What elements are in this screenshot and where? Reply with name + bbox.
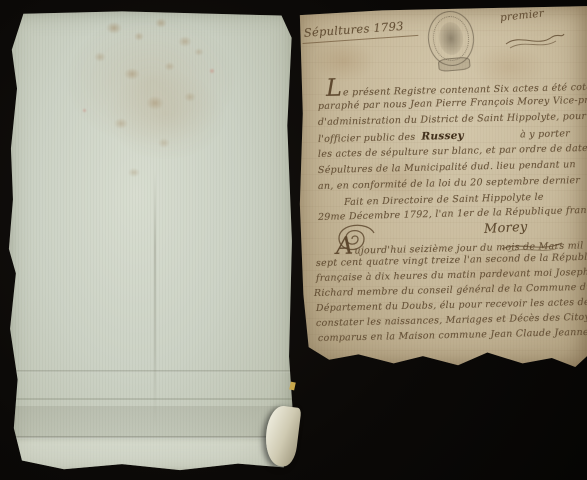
fold-line	[6, 370, 296, 373]
line-text: l'officier public des	[318, 132, 416, 145]
pen-flourish-icon	[504, 29, 566, 51]
vertical-crease	[154, 170, 156, 428]
line-text: à y porter	[520, 128, 570, 140]
paper-fragment	[289, 382, 296, 391]
inserted-word: Russey	[421, 130, 464, 143]
right-manuscript-page: Sépultures 1793 premier Le présent Regis…	[294, 5, 587, 367]
fold-line	[6, 398, 296, 400]
archival-photo-scene: Sépultures 1793 premier Le présent Regis…	[0, 0, 587, 480]
left-blank-page	[6, 10, 296, 472]
fold-line	[6, 436, 296, 439]
signature-morey: Morey	[484, 220, 528, 237]
fold-shadow-band	[6, 406, 296, 436]
foxing-stains	[6, 10, 296, 472]
fold-highlight-band	[6, 440, 296, 470]
oval-official-stamp-icon	[426, 9, 477, 68]
